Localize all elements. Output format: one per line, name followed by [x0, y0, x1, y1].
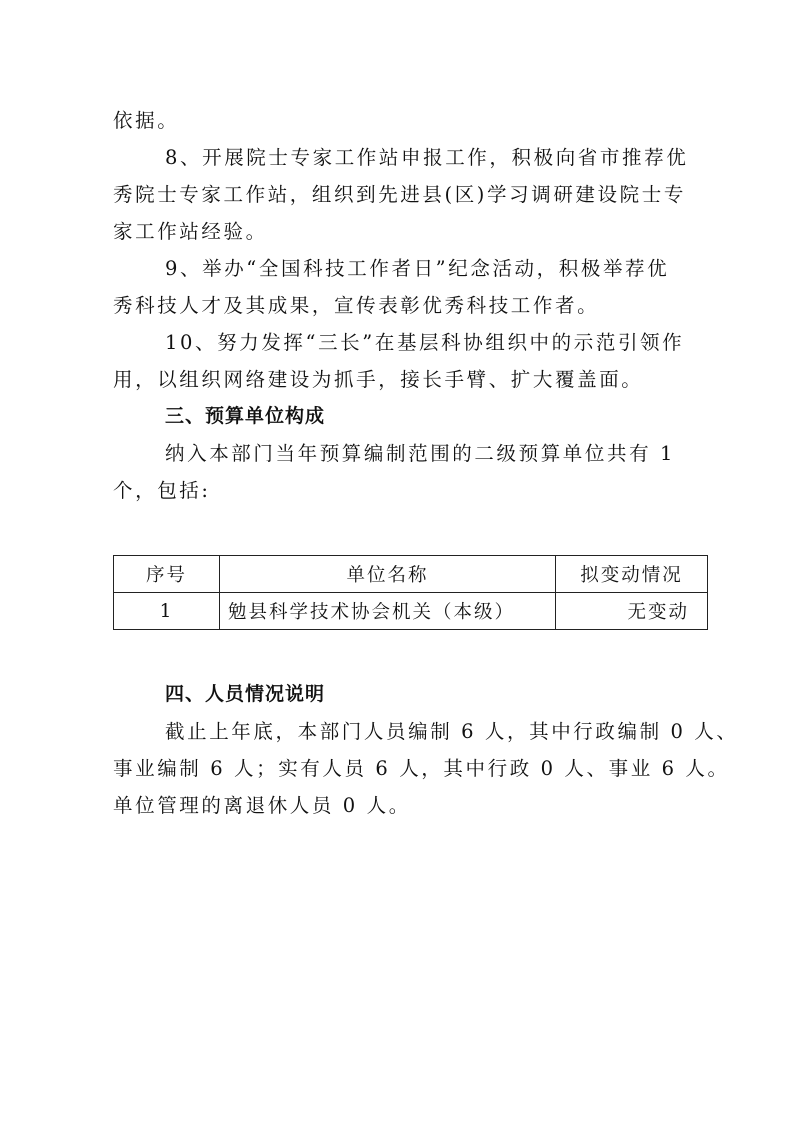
paragraph-line: 8、开展院士专家工作站申报工作，积极向省市推荐优 [113, 139, 683, 176]
paragraph-line: 秀院士专家工作站，组织到先进县(区)学习调研建设院士专 [113, 176, 683, 213]
paragraph-line: 纳入本部门当年预算编制范围的二级预算单位共有 1 [113, 435, 683, 472]
budget-units-table: 序号 单位名称 拟变动情况 1 勉县科学技术协会机关（本级） 无变动 [113, 555, 708, 630]
section-heading-personnel: 四、人员情况说明 [113, 676, 683, 713]
paragraph-line: 用，以组织网络建设为抓手，接长手臂、扩大覆盖面。 [113, 361, 683, 398]
paragraph-line: 截止上年底，本部门人员编制 6 人，其中行政编制 0 人、 [113, 713, 683, 750]
section-heading-budget-units: 三、预算单位构成 [113, 398, 683, 435]
cell-unit-name: 勉县科学技术协会机关（本级） [220, 593, 556, 630]
header-unit-name: 单位名称 [220, 556, 556, 593]
paragraph-line: 依据。 [113, 102, 683, 139]
paragraph-line: 单位管理的离退休人员 0 人。 [113, 787, 683, 824]
section-personnel: 四、人员情况说明 截止上年底，本部门人员编制 6 人，其中行政编制 0 人、 事… [113, 676, 683, 824]
table-row: 1 勉县科学技术协会机关（本级） 无变动 [114, 593, 708, 630]
paragraph-line: 10、努力发挥“三长”在基层科协组织中的示范引领作 [113, 324, 683, 361]
cell-index: 1 [114, 593, 220, 630]
paragraph-line: 家工作站经验。 [113, 213, 683, 250]
header-change-status: 拟变动情况 [556, 556, 708, 593]
header-index: 序号 [114, 556, 220, 593]
paragraph-line: 秀科技人才及其成果，宣传表彰优秀科技工作者。 [113, 287, 683, 324]
paragraph-line: 9、举办“全国科技工作者日”纪念活动，积极举荐优 [113, 250, 683, 287]
table-header-row: 序号 单位名称 拟变动情况 [114, 556, 708, 593]
paragraph-line: 个，包括: [113, 472, 683, 509]
paragraph-line: 事业编制 6 人；实有人员 6 人，其中行政 0 人、事业 6 人。 [113, 750, 683, 787]
document-body: 依据。 8、开展院士专家工作站申报工作，积极向省市推荐优 秀院士专家工作站，组织… [113, 102, 683, 509]
cell-change-status: 无变动 [556, 593, 708, 630]
